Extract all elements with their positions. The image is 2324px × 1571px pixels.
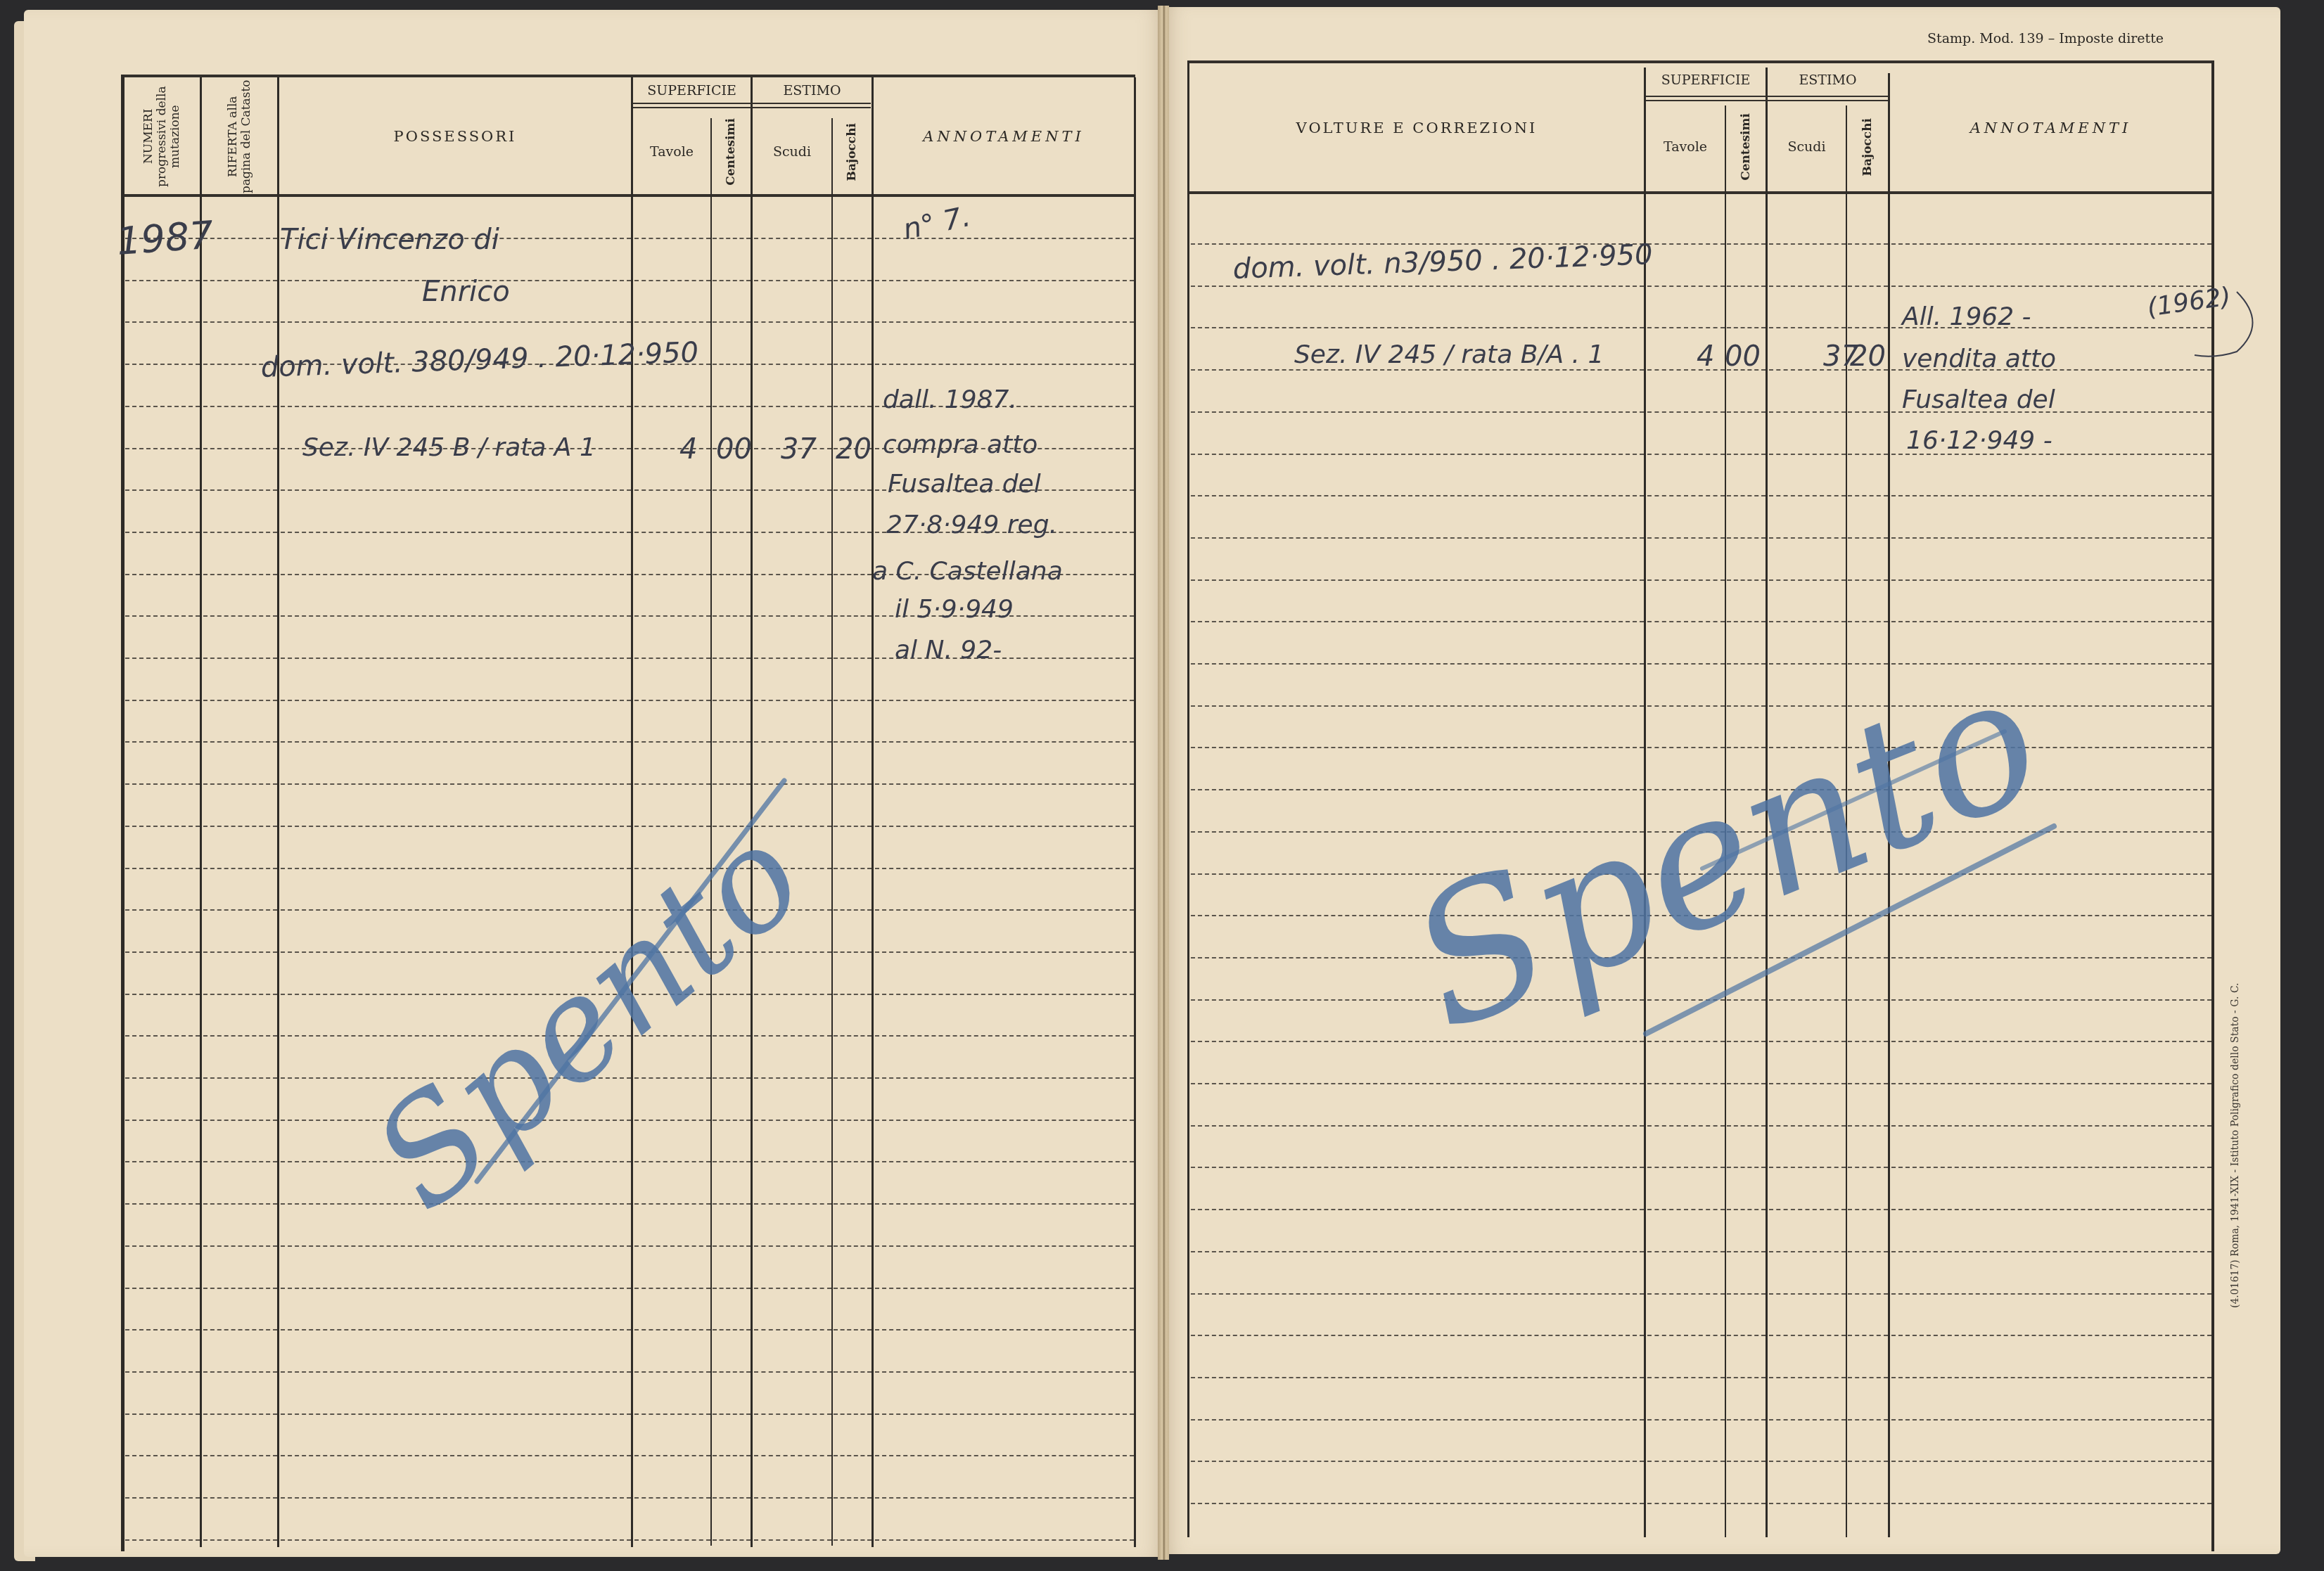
annot-line: All. 1962 -	[1902, 302, 2031, 331]
tavole-value: 4	[1697, 340, 1714, 373]
bajocchi-value: 20	[1850, 340, 1886, 373]
annot-line: 16·12·949 -	[1906, 426, 2052, 455]
annot-line: vendita atto	[1902, 345, 2056, 373]
centesimi-value: 00	[1725, 340, 1761, 373]
particella: Sez. IV 245 / rata B/A . 1	[1294, 340, 1604, 369]
annot-line: Fusaltea del	[1902, 385, 2055, 414]
